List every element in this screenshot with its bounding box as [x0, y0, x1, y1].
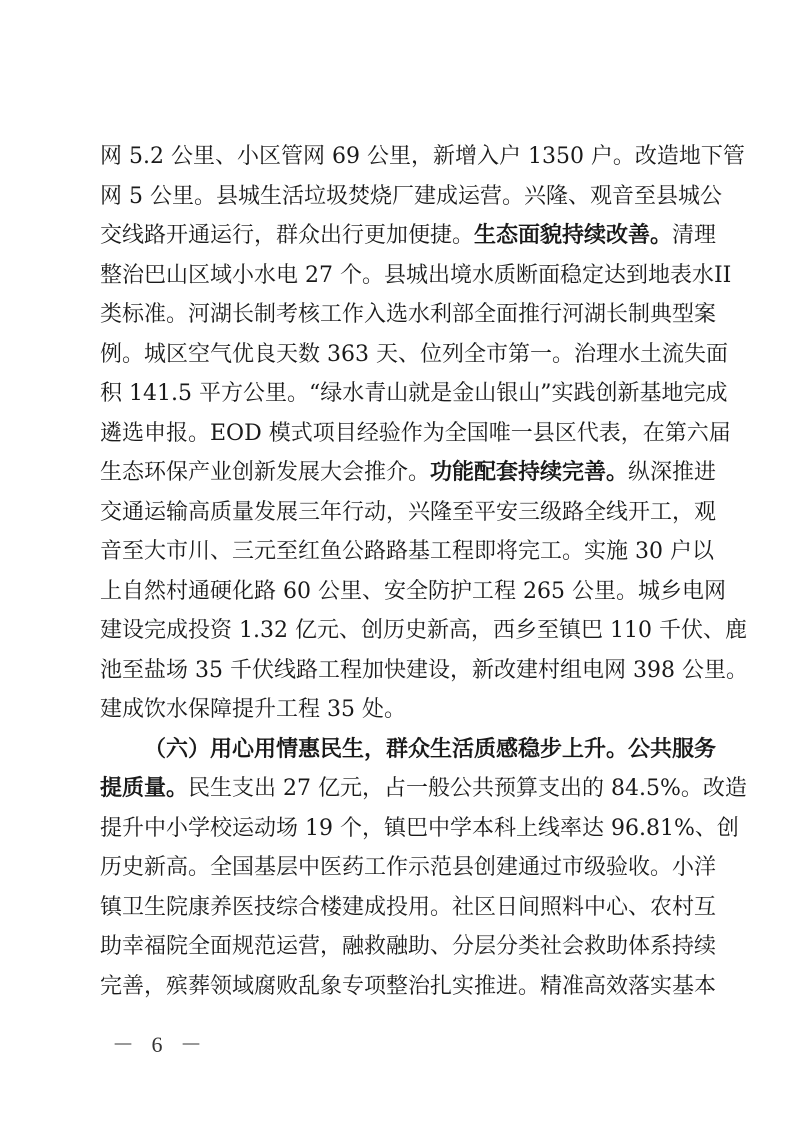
text-line: 建设完成投资 1.32 亿元、创历史新高，西乡至镇巴 110 千伏、鹿	[100, 611, 694, 651]
text-line: 建成饮水保障提升工程 35 处。	[100, 690, 694, 730]
text-segment: 历史新高。全国基层中医药工作示范县创建通过市级验收。小洋	[100, 855, 716, 880]
text-segment: 积 141.5 平方公里。“绿水青山就是金山银山”实践创新基地完成	[100, 381, 727, 406]
text-segment: 池至盐场 35 千伏线路工程加快建设，新改建村组电网 398 公里。	[100, 658, 748, 683]
text-line: 网 5 公里。县城生活垃圾焚烧厂建成运营。兴隆、观音至县城公	[100, 177, 694, 217]
text-segment: 助幸福院全面规范运营，融救融助、分层分类社会救助体系持续	[100, 934, 716, 959]
text-line: 交通运输高质量发展三年行动，兴隆至平安三级路全线开工，观	[100, 493, 694, 533]
text-line: 交线路开通运行，群众出行更加便捷。生态面貌持续改善。清理	[100, 216, 694, 256]
text-line: 池至盐场 35 千伏线路工程加快建设，新改建村组电网 398 公里。	[100, 651, 694, 691]
text-segment: 类标准。河湖长制考核工作入选水利部全面推行河湖长制典型案	[100, 302, 716, 327]
text-segment: 音至大市川、三元至红鱼公路路基工程即将完工。实施 30 户以	[100, 539, 714, 564]
text-line: 助幸福院全面规范运营，融救融助、分层分类社会救助体系持续	[100, 927, 694, 967]
text-segment: 交通运输高质量发展三年行动，兴隆至平安三级路全线开工，观	[100, 500, 716, 525]
text-segment: 提升中小学校运动场 19 个，镇巴中学本科上线率达 96.81%、创	[100, 816, 739, 841]
text-segment: 镇卫生院康养医技综合楼建成投用。社区日间照料中心、农村互	[100, 895, 716, 920]
text-segment: 完善，殡葬领域腐败乱象专项整治扎实推进。精准高效落实基本	[100, 974, 716, 999]
bold-phrase: 提质量。	[100, 776, 188, 801]
text-line: 镇卫生院康养医技综合楼建成投用。社区日间照料中心、农村互	[100, 888, 694, 928]
text-segment: 建设完成投资 1.32 亿元、创历史新高，西乡至镇巴 110 千伏、鹿	[100, 618, 747, 643]
text-segment: 生态环保产业创新发展大会推介。	[100, 460, 430, 485]
text-line: 提质量。民生支出 27 亿元，占一般公共预算支出的 84.5%。改造	[100, 769, 694, 809]
text-line: 提升中小学校运动场 19 个，镇巴中学本科上线率达 96.81%、创	[100, 809, 694, 849]
section-heading-line: （六）用心用情惠民生，群众生活质感稳步上升。公共服务	[100, 730, 694, 770]
text-line: 例。城区空气优良天数 363 天、位列全市第一。治理水土流失面	[100, 335, 694, 375]
bold-phrase: 功能配套持续完善。	[430, 460, 628, 485]
text-segment: 交线路开通运行，群众出行更加便捷。	[100, 223, 474, 248]
bold-phrase: 生态面貌持续改善。	[474, 223, 672, 248]
text-segment: 建成饮水保障提升工程 35 处。	[100, 697, 406, 722]
text-line: 音至大市川、三元至红鱼公路路基工程即将完工。实施 30 户以	[100, 532, 694, 572]
text-segment: 例。城区空气优良天数 363 天、位列全市第一。治理水土流失面	[100, 342, 728, 367]
text-line: 完善，殡葬领域腐败乱象专项整治扎实推进。精准高效落实基本	[100, 967, 694, 1007]
text-segment: 民生支出 27 亿元，占一般公共预算支出的 84.5%。改造	[188, 776, 747, 801]
text-segment: 纵深推进	[628, 460, 716, 485]
text-line: 历史新高。全国基层中医药工作示范县创建通过市级验收。小洋	[100, 848, 694, 888]
text-line: 上自然村通硬化路 60 公里、安全防护工程 265 公里。城乡电网	[100, 572, 694, 612]
text-line: 生态环保产业创新发展大会推介。功能配套持续完善。纵深推进	[100, 453, 694, 493]
text-segment: 清理	[672, 223, 716, 248]
text-line: 积 141.5 平方公里。“绿水青山就是金山银山”实践创新基地完成	[100, 374, 694, 414]
text-segment: 上自然村通硬化路 60 公里、安全防护工程 265 公里。城乡电网	[100, 579, 726, 604]
text-line: 整治巴山区域小水电 27 个。县城出境水质断面稳定达到地表水II	[100, 256, 694, 296]
body-text: 网 5.2 公里、小区管网 69 公里，新增入户 1350 户。改造地下管网 5…	[100, 137, 694, 1006]
text-line: 网 5.2 公里、小区管网 69 公里，新增入户 1350 户。改造地下管	[100, 137, 694, 177]
document-page: 网 5.2 公里、小区管网 69 公里，新增入户 1350 户。改造地下管网 5…	[0, 0, 793, 1122]
bold-phrase: （六）用心用情惠民生，群众生活质感稳步上升。公共服务	[144, 737, 716, 762]
text-line: 类标准。河湖长制考核工作入选水利部全面推行河湖长制典型案	[100, 295, 694, 335]
text-line: 遴选申报。EOD 模式项目经验作为全国唯一县区代表，在第六届	[100, 414, 694, 454]
page-number: － 6 －	[112, 1028, 208, 1059]
text-segment: 遴选申报。EOD 模式项目经验作为全国唯一县区代表，在第六届	[100, 421, 731, 446]
text-segment: 整治巴山区域小水电 27 个。县城出境水质断面稳定达到地表水II	[100, 263, 731, 288]
text-segment: 网 5 公里。县城生活垃圾焚烧厂建成运营。兴隆、观音至县城公	[100, 184, 722, 209]
text-segment: 网 5.2 公里、小区管网 69 公里，新增入户 1350 户。改造地下管	[100, 144, 745, 169]
